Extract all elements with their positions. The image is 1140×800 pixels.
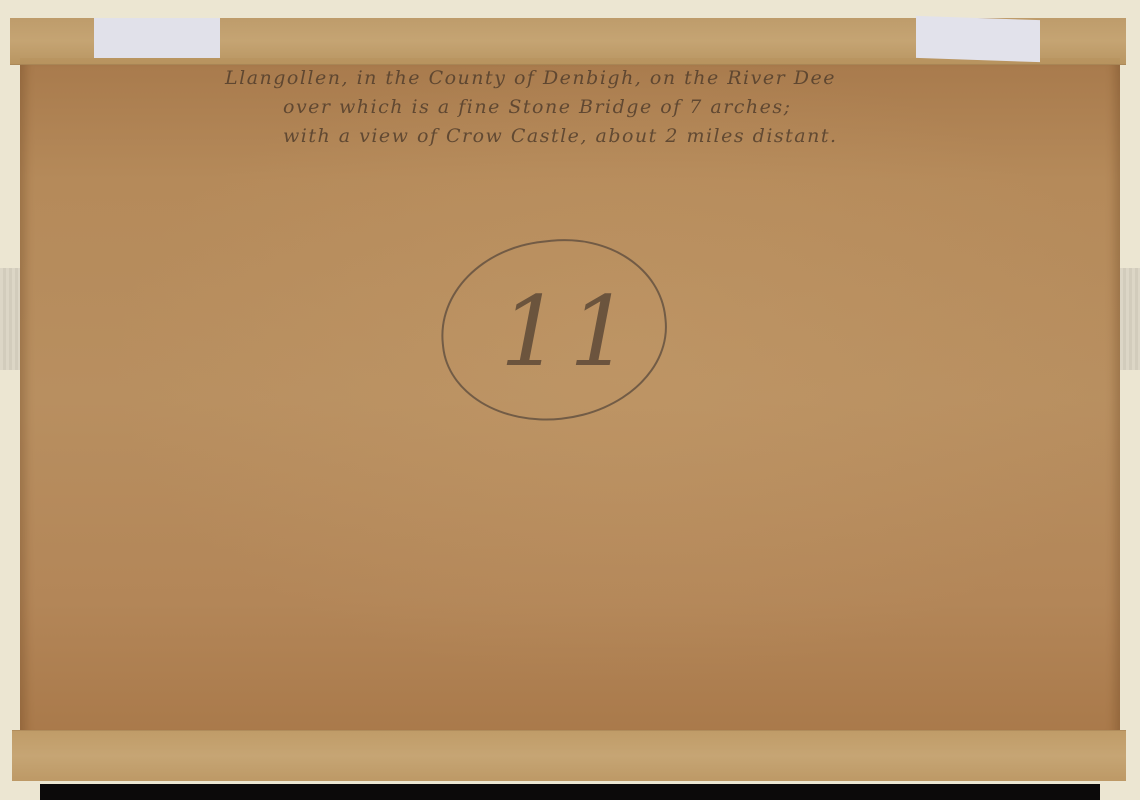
paper-label-right xyxy=(916,16,1040,62)
inscription-line-3: with a view of Crow Castle, about 2 mile… xyxy=(225,122,1025,151)
inscription-line-1: Llangollen, in the County of Denbigh, on… xyxy=(225,64,1025,93)
inscription-line-2: over which is a fine Stone Bridge of 7 a… xyxy=(225,93,1025,122)
paper-label-left xyxy=(94,18,220,58)
circled-number: 11 xyxy=(500,272,610,392)
pencil-inscription: Llangollen, in the County of Denbigh, on… xyxy=(225,64,1025,151)
mount-edge-right xyxy=(1120,268,1140,370)
black-backing-strip xyxy=(40,784,1100,800)
tape-strip-bottom xyxy=(12,730,1126,781)
mount-edge-left xyxy=(0,268,20,370)
